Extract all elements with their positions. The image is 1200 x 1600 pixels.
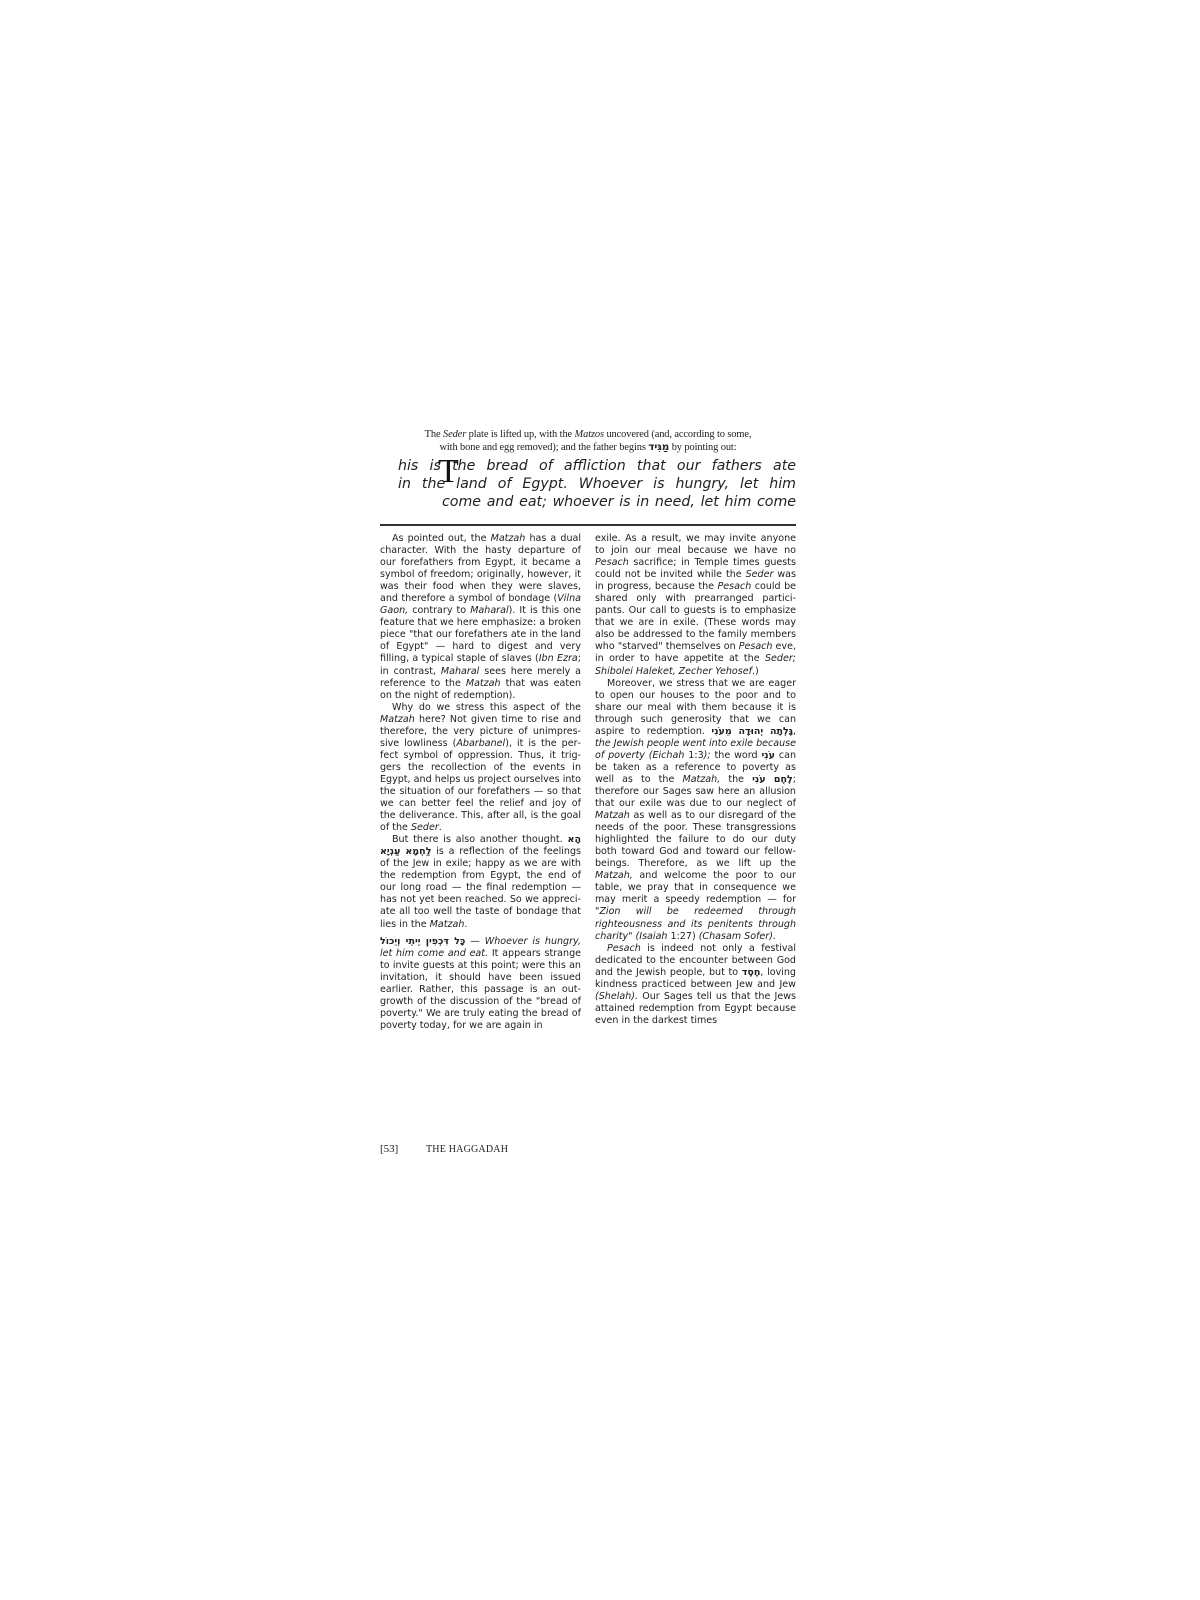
italic-text: ); bbox=[704, 750, 711, 761]
paragraph: Pesach is indeed not only a festival ded… bbox=[595, 943, 796, 1027]
text: .) bbox=[752, 666, 759, 677]
text: the word bbox=[711, 750, 762, 761]
italic-text: Pe­sach bbox=[739, 641, 773, 652]
hebrew-lemma: כָּל דִּכְפִין יֵיתֵי וְיֵכוֹל bbox=[380, 936, 465, 947]
italic-text: Matzah bbox=[491, 533, 526, 544]
text: ), it is the per­fect symbol of oppressi… bbox=[380, 738, 581, 833]
commentary-column-left: As pointed out, the Matzah has a dual ch… bbox=[380, 533, 581, 1032]
text: Why do we stress this aspect of the bbox=[392, 702, 581, 713]
italic-text: Matzah, bbox=[595, 870, 633, 881]
rubric-text: plate is lifted up, with the bbox=[466, 429, 574, 440]
rubric-text: by pointing out: bbox=[669, 442, 736, 453]
running-title: THE HAGGADAH bbox=[426, 1144, 508, 1155]
text: 1:27) bbox=[667, 931, 698, 942]
text: But there is also another thought. bbox=[392, 834, 568, 845]
commentary-columns: As pointed out, the Matzah has a dual ch… bbox=[380, 533, 796, 1032]
italic-text: Maharal bbox=[441, 666, 479, 677]
paragraph: Why do we stress this aspect of the Matz… bbox=[380, 702, 581, 835]
paragraph: כָּל דִּכְפִין יֵיתֵי וְיֵכוֹל — Whoever… bbox=[380, 936, 581, 1032]
text: exile. As a result, we may invite anyone… bbox=[595, 533, 796, 556]
paragraph: Moreover, we stress that we are eager to… bbox=[595, 678, 796, 943]
rubric-line-1: The Seder plate is lifted up, with the M… bbox=[425, 429, 752, 440]
italic-text: Pesach bbox=[607, 943, 641, 954]
italic-text: Matzah bbox=[380, 714, 415, 725]
italic-text: Maharal bbox=[470, 605, 508, 616]
italic-text: Pesach bbox=[717, 581, 751, 592]
italic-text: Seder bbox=[746, 569, 774, 580]
italic-text: Matzah bbox=[466, 678, 501, 689]
hebrew-maggid: מַגִּיד bbox=[648, 441, 669, 453]
italic-text: (Chasam Sofer). bbox=[699, 931, 776, 942]
drop-cap: T bbox=[438, 455, 459, 489]
rubric-italic-matzos: Matzos bbox=[575, 429, 604, 440]
hebrew-text: גָּלְתָה יְהוּדָה מֵעֹנִי bbox=[711, 726, 793, 737]
text: the bbox=[720, 774, 752, 785]
text: . bbox=[439, 822, 442, 833]
italic-text: Ibn Ezra bbox=[539, 653, 578, 664]
hebrew-text: עֹנִי bbox=[762, 750, 775, 761]
horizontal-rule bbox=[380, 524, 796, 526]
text: 1:3 bbox=[684, 750, 703, 761]
italic-text: (Shelah). bbox=[595, 991, 638, 1002]
rubric-text: The bbox=[425, 429, 443, 440]
page-number: [53] bbox=[380, 1143, 426, 1155]
paragraph: But there is also another thought. הָא ל… bbox=[380, 834, 581, 930]
text: As pointed out, the bbox=[392, 533, 491, 544]
rubric-text: with bone and egg removed); and the fath… bbox=[439, 442, 648, 453]
text: , bbox=[793, 726, 796, 737]
text: contrary to bbox=[408, 605, 470, 616]
paragraph: exile. As a result, we may invite anyone… bbox=[595, 533, 796, 678]
italic-text: Seder bbox=[411, 822, 439, 833]
italic-text: Matzah, bbox=[682, 774, 720, 785]
paragraph: As pointed out, the Matzah has a dual ch… bbox=[380, 533, 581, 702]
italic-text: Matzah bbox=[430, 919, 465, 930]
rubric-italic-seder: Seder bbox=[443, 429, 466, 440]
italic-text: Pesach bbox=[595, 557, 629, 568]
hebrew-text: לֶחֶם עֹנִי bbox=[752, 774, 793, 785]
hebrew-text: חֶסֶד bbox=[742, 967, 761, 978]
text: is a reflection of the feelings of the J… bbox=[380, 846, 581, 929]
translation-line-3: come and eat; whoever is in need, let hi… bbox=[380, 493, 796, 511]
italic-text: Matzah bbox=[595, 810, 630, 821]
rubric-text: uncovered (and, according to some, bbox=[604, 429, 751, 440]
text: — bbox=[465, 936, 484, 947]
instruction-rubric: The Seder plate is lifted up, with the M… bbox=[380, 428, 796, 454]
page-footer: [53]THE HAGGADAH bbox=[380, 1143, 508, 1155]
text: . bbox=[464, 919, 467, 930]
text: It appears strange to invite guests at t… bbox=[380, 948, 581, 1031]
translation-block: T his is the bread of affliction that ou… bbox=[380, 457, 796, 511]
italic-text: Abarbanel bbox=[456, 738, 505, 749]
book-page: The Seder plate is lifted up, with the M… bbox=[380, 428, 796, 511]
commentary-column-right: exile. As a result, we may invite anyone… bbox=[595, 533, 796, 1032]
